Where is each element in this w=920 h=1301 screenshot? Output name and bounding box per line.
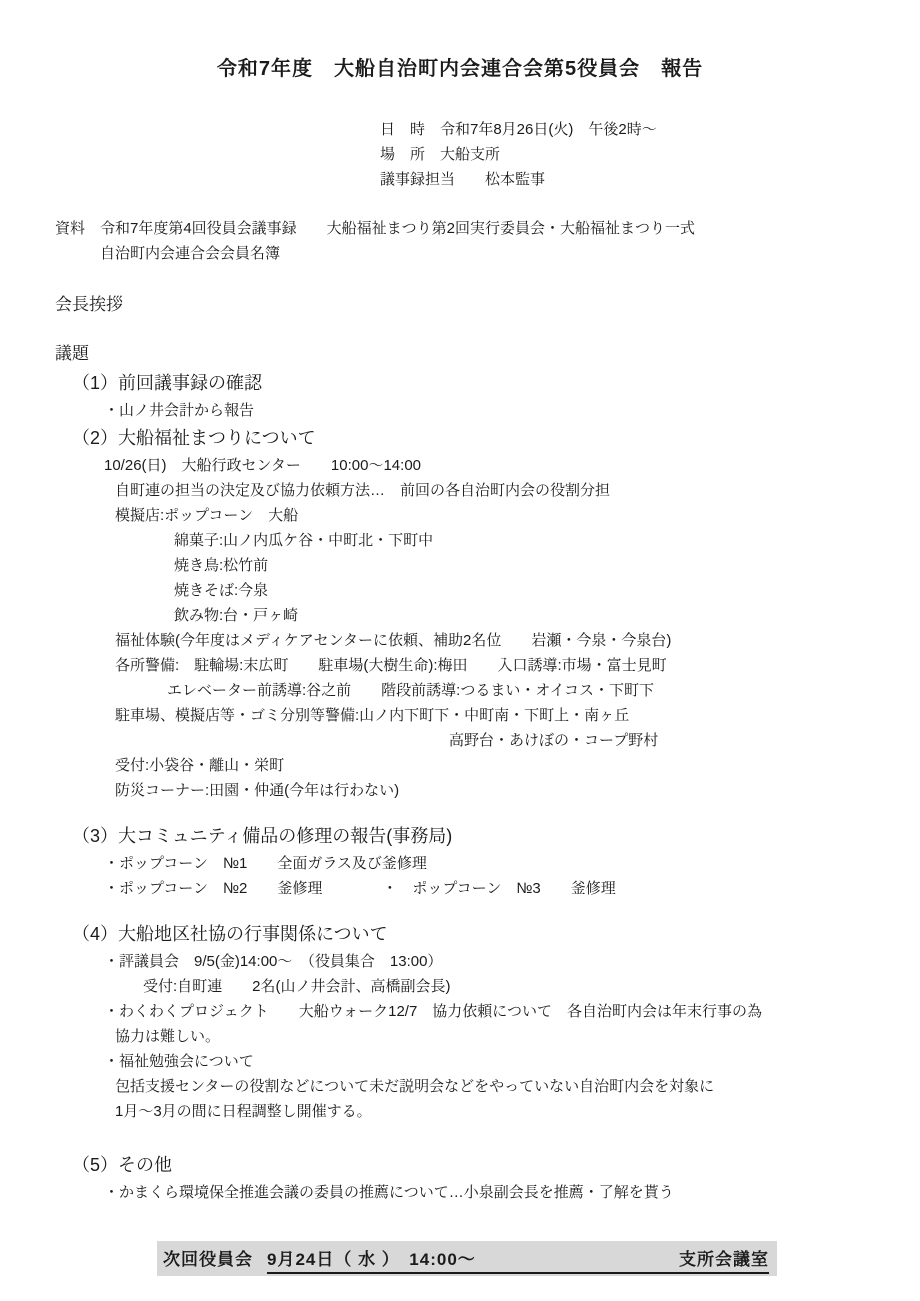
agenda-item-2-line: 綿菓子:山ノ内瓜ケ谷・中町北・下町中	[174, 528, 920, 553]
next-meeting-underline: 9月24日（ 水 ） 14:00～ 支所会議室	[267, 1245, 769, 1274]
agenda-item-2-line: エレベーター前誘導:谷之前 階段前誘導:つるまい・オイコス・下町下	[167, 678, 920, 703]
agenda-item-2-line: 模擬店:ポップコーン 大船	[115, 503, 920, 528]
agenda-item-3-heading: （3）大コミュニティ備品の修理の報告(事務局)	[72, 821, 920, 851]
next-meeting-schedule: 9月24日（ 水 ） 14:00～	[267, 1245, 476, 1270]
agenda-item-5-heading: （5）その他	[72, 1150, 920, 1180]
agenda-item-2-line: 福祉体験(今年度はメディケアセンターに依頼、補助2名位 岩瀬・今泉・今泉台)	[115, 628, 920, 653]
agenda-item-2-line: 自町連の担当の決定及び協力依頼方法… 前回の各自治町内会の役割分担	[115, 478, 920, 503]
agenda-item-4-line: ・福祉勉強会について	[104, 1049, 920, 1074]
materials-block: 資料 令和7年度第4回役員会議事録 大船福祉まつり第2回実行委員会・大船福祉まつ…	[55, 216, 920, 266]
agenda-item-4-line: ・評議員会 9/5(金)14:00～ （役員集合 13:00）	[104, 949, 920, 974]
page-title: 令和7年度 大船自治町内会連合会第5役員会 報告	[0, 0, 920, 81]
agenda-item-4-line: 受付:自町連 2名(山ノ井会計、高橋副会長)	[143, 974, 920, 999]
chairman-greeting: 会長挨拶	[55, 290, 920, 315]
agenda-item-2-line: 焼きそば:今泉	[174, 578, 920, 603]
agenda-item-2-line: 受付:小袋谷・離山・栄町	[115, 753, 920, 778]
agenda-item-4-heading: （4）大船地区社協の行事関係について	[72, 919, 920, 949]
meta-datetime: 日 時 令和7年8月26日(火) 午後2時～	[380, 117, 920, 142]
next-meeting-bar: 次回役員会 9月24日（ 水 ） 14:00～ 支所会議室	[157, 1241, 777, 1276]
agenda-item-1-line: ・山ノ井会計から報告	[104, 398, 920, 423]
agenda-item-4-line: 協力は難しい。	[115, 1024, 920, 1049]
agenda-item-2-line: 飲み物:台・戸ヶ崎	[174, 603, 920, 628]
agenda-item-2-line: 高野台・あけぼの・コープ野村	[449, 728, 920, 753]
document-page: 令和7年度 大船自治町内会連合会第5役員会 報告 日 時 令和7年8月26日(火…	[0, 0, 920, 1301]
meta-recorder: 議事録担当 松本監事	[380, 167, 920, 192]
agenda-item-2-heading: （2）大船福祉まつりについて	[72, 423, 920, 453]
agenda-item-2-line: 各所警備: 駐輪場:末広町 駐車場(大樹生命):梅田 入口誘導:市場・富士見町	[115, 653, 920, 678]
agenda-item-4-line: 包括支援センターの役割などについて未だ説明会などをやっていない自治町内会を対象に	[115, 1074, 920, 1099]
agenda-label: 議題	[55, 339, 920, 364]
next-meeting-label: 次回役員会	[163, 1245, 253, 1270]
agenda-item-2-line: 10/26(日) 大船行政センター 10:00～14:00	[104, 453, 920, 478]
agenda-item-5-line: ・かまくら環境保全推進会議の委員の推薦について…小泉副会長を推薦・了解を貰う	[104, 1180, 920, 1205]
agenda-item-1-heading: （1）前回議事録の確認	[72, 368, 920, 398]
agenda-item-3-line: ・ポップコーン №1 全面ガラス及び釜修理	[104, 851, 920, 876]
materials-line-2: 自治町内会連合会会員名簿	[100, 241, 920, 266]
agenda-item-2-line: 焼き鳥:松竹前	[174, 553, 920, 578]
agenda-item-2-line: 駐車場、模擬店等・ゴミ分別等警備:山ノ内下町下・中町南・下町上・南ヶ丘	[115, 703, 920, 728]
agenda-item-4-line: 1月～3月の間に日程調整し開催する。	[115, 1099, 920, 1124]
next-meeting-room: 支所会議室	[679, 1245, 769, 1270]
meta-place: 場 所 大船支所	[380, 142, 920, 167]
materials-line-1: 資料 令和7年度第4回役員会議事録 大船福祉まつり第2回実行委員会・大船福祉まつ…	[55, 216, 920, 241]
meta-block: 日 時 令和7年8月26日(火) 午後2時～ 場 所 大船支所 議事録担当 松本…	[380, 117, 920, 192]
agenda-item-2-line: 防災コーナー:田園・仲通(今年は行わない)	[115, 778, 920, 803]
agenda-item-3-line: ・ポップコーン №2 釜修理 ・ ポップコーン №3 釜修理	[104, 876, 920, 901]
agenda-item-4-line: ・わくわくプロジェクト 大船ウォーク12/7 協力依頼について 各自治町内会は年…	[104, 999, 920, 1024]
